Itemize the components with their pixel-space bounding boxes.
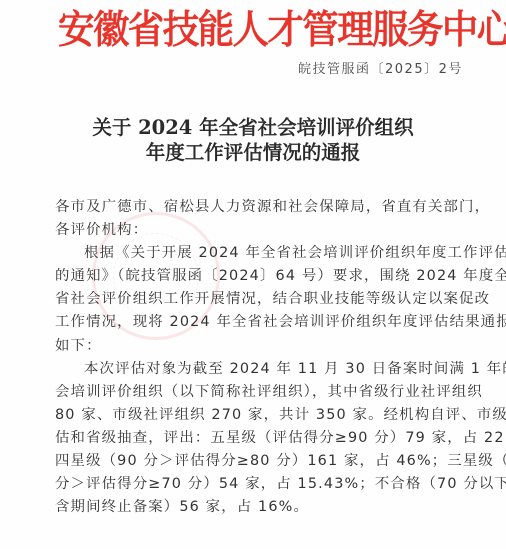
document-title-line-2: 年度工作评估情况的通报 <box>0 140 506 165</box>
document-number: 皖技管服函〔2025〕2号 <box>298 60 463 80</box>
body-line: 工作情况，现将 2024 年全省社会培训评价组织年度评估结果通报 <box>55 311 475 334</box>
document-page: 安徽省技能人才管理服务中心 皖技管服函〔2025〕2号 关于 2024 年全省社… <box>0 0 506 549</box>
document-title: 关于 2024 年全省社会培训评价组织 年度工作评估情况的通报 <box>0 115 506 165</box>
issuing-org-header: 安徽省技能人才管理服务中心 <box>58 3 468 57</box>
body-line: 四星级（90 分＞评估得分≥80 分）161 家，占 46%；三星级（80 <box>55 450 475 473</box>
addressee-line: 各市及广德市、宿松县人力资源和社会保障局，省直有关部门， <box>55 196 475 219</box>
body-line: 根据《关于开展 2024 年全省社会培训评价组织年度工作评估 <box>55 242 475 265</box>
body-line: 如下： <box>55 335 475 358</box>
body-line: 80 家、市级社评组织 270 家，共计 350 家。经机构自评、市级评 <box>55 404 475 427</box>
body-line: 估和省级抽查，评出：五星级（评估得分≥90 分）79 家，占 22.57%； <box>55 427 475 450</box>
document-title-line-1: 关于 2024 年全省社会培训评价组织 <box>0 115 506 140</box>
body-line: 的通知》（皖技管服函〔2024〕64 号）要求，围绕 2024 年度全 <box>55 265 475 288</box>
body-line: 本次评估对象为截至 2024 年 11 月 30 日备案时间满 1 年的社 <box>55 358 475 381</box>
body-line: 会培训评价组织（以下简称社评组织），其中省级行业社评组织 <box>55 381 475 404</box>
document-body: 各市及广德市、宿松县人力资源和社会保障局，省直有关部门， 各评价机构： 根据《关… <box>55 196 475 519</box>
body-line: 含期间终止备案）56 家，占 16%。 <box>55 496 475 519</box>
body-line: 省社会评价组织工作开展情况，结合职业技能等级认定以案促改 <box>55 288 475 311</box>
addressee-line: 各评价机构： <box>55 219 475 242</box>
body-line: 分＞评估得分≥70 分）54 家，占 15.43%；不合格（70 分以下， <box>55 473 475 496</box>
